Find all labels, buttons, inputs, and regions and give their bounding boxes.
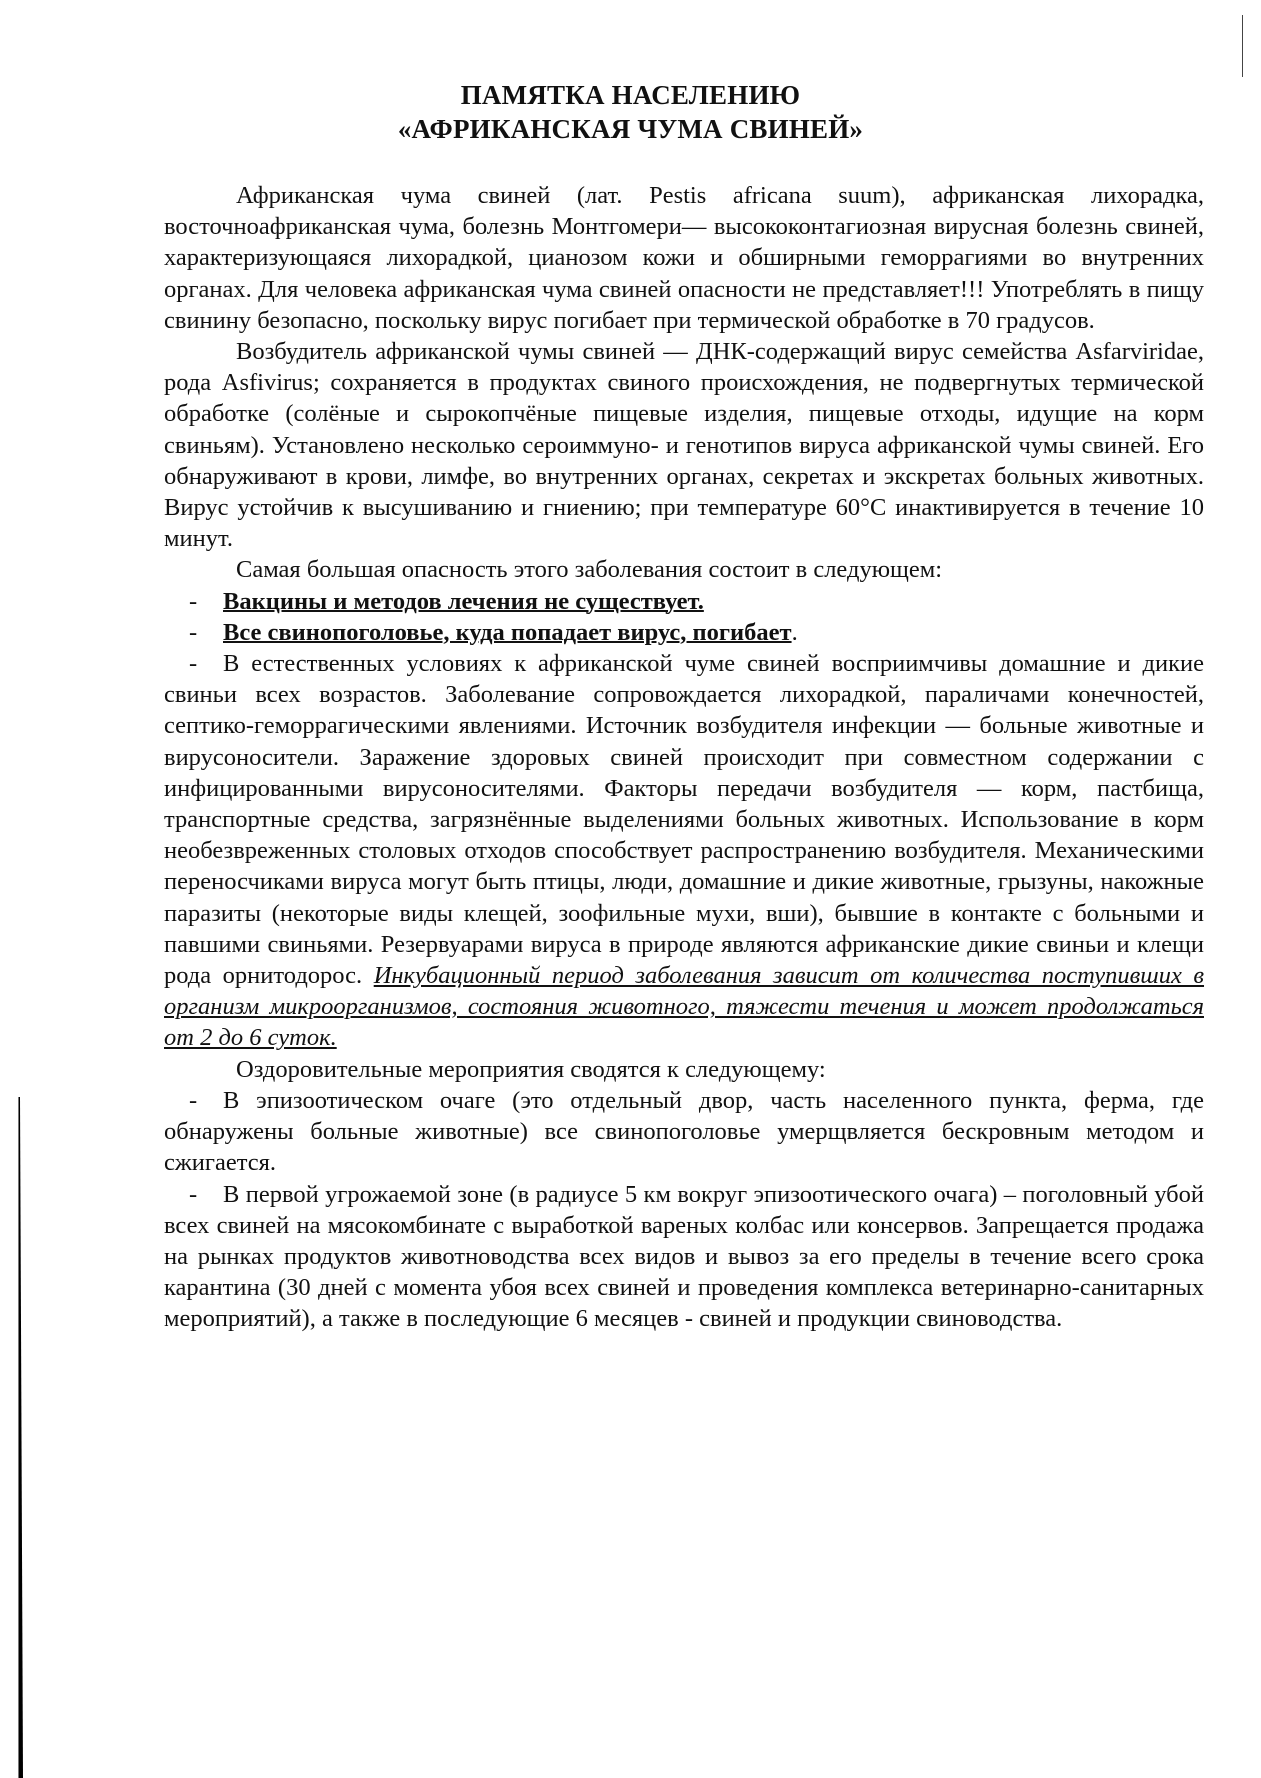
- list-dash: -: [189, 648, 223, 679]
- paragraph-pathogen: Возбудитель африканской чумы свиней — ДН…: [164, 336, 1204, 554]
- danger-list-item: -Все свинопоголовье, куда попадает вирус…: [164, 617, 1204, 648]
- scan-edge-artifact: [18, 1097, 23, 1778]
- list-dash: -: [189, 1179, 223, 1210]
- paragraph-intro: Африканская чума свиней (лат. Pestis afr…: [164, 180, 1204, 336]
- measures-list-item: -В эпизоотическом очаге (это отдельный д…: [164, 1085, 1204, 1179]
- list-dash: -: [189, 617, 223, 648]
- document-subtitle: «АФРИКАНСКАЯ ЧУМА СВИНЕЙ»: [0, 114, 1261, 145]
- scan-edge-artifact: [1242, 15, 1243, 77]
- danger-list-item: -Вакцины и методов лечения не существует…: [164, 586, 1204, 617]
- list-dash: -: [189, 1085, 223, 1116]
- measures-list-item: -В первой угрожаемой зоне (в радиусе 5 к…: [164, 1179, 1204, 1335]
- document-body: Африканская чума свиней (лат. Pestis afr…: [164, 180, 1204, 1335]
- danger-list-item: -В естественных условиях к африканской ч…: [164, 648, 1204, 1054]
- measures-item-text: В эпизоотическом очаге (это отдельный дв…: [164, 1087, 1204, 1176]
- danger-item-text: Все свинопоголовье, куда попадает вирус,…: [223, 619, 792, 646]
- danger-item-tail: .: [792, 619, 798, 646]
- document-page: ПАМЯТКА НАСЕЛЕНИЮ «АФРИКАНСКАЯ ЧУМА СВИН…: [0, 0, 1261, 1778]
- danger-item-text: Вакцины и методов лечения не существует.: [223, 588, 704, 615]
- document-title: ПАМЯТКА НАСЕЛЕНИЮ: [0, 80, 1261, 111]
- list-dash: -: [189, 586, 223, 617]
- measures-item-text: В первой угрожаемой зоне (в радиусе 5 км…: [164, 1181, 1204, 1333]
- paragraph-danger-intro: Самая большая опасность этого заболевани…: [164, 554, 1204, 585]
- paragraph-measures-intro: Оздоровительные мероприятия сводятся к с…: [164, 1054, 1204, 1085]
- danger-item-text: В естественных условиях к африканской чу…: [164, 650, 1204, 989]
